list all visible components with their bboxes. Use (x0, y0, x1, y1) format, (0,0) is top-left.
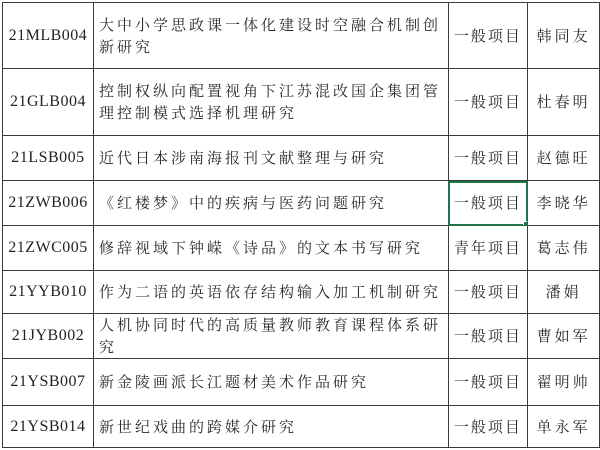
project-type: 青年项目 (454, 239, 522, 257)
project-code-cell[interactable]: 21YYB010 (3, 271, 94, 314)
project-table: 21MLB004 大中小学思政课一体化建设时空融合机制创新研究 一般项目 韩同友… (2, 2, 600, 448)
selected-cell[interactable]: 一般项目 (448, 181, 528, 226)
project-leader: 赵德旺 (537, 149, 591, 167)
table-row: 21ZWC005 修辞视域下钟嵘《诗品》的文本书写研究 青年项目 葛志伟 (3, 226, 600, 271)
project-leader: 杜春明 (537, 93, 591, 111)
project-type-cell[interactable]: 一般项目 (448, 359, 528, 406)
project-title-cell[interactable]: 近代日本涉南海报刊文献整理与研究 (93, 136, 448, 181)
project-title: 大中小学思政课一体化建设时空融合机制创新研究 (99, 14, 448, 58)
project-title: 控制权纵向配置视角下江苏混改国企集团管理控制模式选择机理研究 (99, 80, 448, 124)
project-type: 一般项目 (454, 27, 522, 45)
project-leader-cell[interactable]: 韩同友 (528, 3, 600, 69)
project-type-cell[interactable]: 一般项目 (448, 271, 528, 314)
project-code: 21JYB002 (12, 327, 84, 344)
project-leader-cell[interactable]: 赵德旺 (528, 136, 600, 181)
project-leader: 单永军 (537, 418, 591, 436)
table-row: 21JYB002 人机协同时代的高质量教师教育课程体系研究 一般项目 曹如军 (3, 314, 600, 359)
project-type: 一般项目 (454, 373, 522, 391)
fill-handle[interactable] (523, 221, 528, 226)
table-row: 21YYB010 作为二语的英语依存结构输入加工机制研究 一般项目 潘娟 (3, 271, 600, 314)
table-row: 21LSB005 近代日本涉南海报刊文献整理与研究 一般项目 赵德旺 (3, 136, 600, 181)
project-type: 一般项目 (454, 93, 522, 111)
project-title-cell[interactable]: 大中小学思政课一体化建设时空融合机制创新研究 (93, 3, 448, 69)
project-title: 人机协同时代的高质量教师教育课程体系研究 (99, 314, 448, 358)
project-code: 21GLB004 (10, 93, 86, 110)
project-title-cell[interactable]: 人机协同时代的高质量教师教育课程体系研究 (93, 314, 448, 359)
spreadsheet: 21MLB004 大中小学思政课一体化建设时空融合机制创新研究 一般项目 韩同友… (2, 2, 600, 448)
project-leader: 韩同友 (537, 27, 591, 45)
project-title-cell[interactable]: 修辞视域下钟嵘《诗品》的文本书写研究 (93, 226, 448, 271)
table-row: 21MLB004 大中小学思政课一体化建设时空融合机制创新研究 一般项目 韩同友 (3, 3, 600, 69)
project-leader: 李晓华 (537, 194, 591, 212)
project-code-cell[interactable]: 21MLB004 (3, 3, 94, 69)
project-code: 21LSB005 (11, 149, 84, 166)
project-type-cell[interactable]: 一般项目 (448, 406, 528, 448)
project-leader: 翟明帅 (537, 373, 591, 391)
project-type: 一般项目 (454, 283, 522, 301)
project-type: 一般项目 (454, 149, 522, 167)
project-leader-cell[interactable]: 翟明帅 (528, 359, 600, 406)
project-code-cell[interactable]: 21ZWC005 (3, 226, 94, 271)
project-title-cell[interactable]: 作为二语的英语依存结构输入加工机制研究 (93, 271, 448, 314)
project-type-cell[interactable]: 一般项目 (448, 69, 528, 136)
project-code: 21ZWB006 (8, 194, 88, 211)
table-row: 21YSB014 新世纪戏曲的跨媒介研究 一般项目 单永军 (3, 406, 600, 448)
project-leader-cell[interactable]: 潘娟 (528, 271, 600, 314)
project-title: 近代日本涉南海报刊文献整理与研究 (99, 147, 448, 169)
project-title: 作为二语的英语依存结构输入加工机制研究 (99, 281, 448, 303)
table-row: 21GLB004 控制权纵向配置视角下江苏混改国企集团管理控制模式选择机理研究 … (3, 69, 600, 136)
project-type: 一般项目 (454, 194, 522, 212)
project-code-cell[interactable]: 21LSB005 (3, 136, 94, 181)
project-leader-cell[interactable]: 李晓华 (528, 181, 600, 226)
project-type-cell[interactable]: 一般项目 (448, 3, 528, 69)
project-type: 一般项目 (454, 418, 522, 436)
table-row: 21YSB007 新金陵画派长江题材美术作品研究 一般项目 翟明帅 (3, 359, 600, 406)
project-leader-cell[interactable]: 曹如军 (528, 314, 600, 359)
project-code: 21ZWC005 (8, 239, 88, 256)
project-code: 21YSB007 (10, 373, 85, 390)
project-code-cell[interactable]: 21GLB004 (3, 69, 94, 136)
project-leader: 潘娟 (546, 283, 582, 301)
project-code-cell[interactable]: 21YSB007 (3, 359, 94, 406)
project-title-cell[interactable]: 新金陵画派长江题材美术作品研究 (93, 359, 448, 406)
project-title: 《红楼梦》中的疾病与医药问题研究 (99, 192, 448, 214)
project-leader-cell[interactable]: 杜春明 (528, 69, 600, 136)
project-code-cell[interactable]: 21ZWB006 (3, 181, 94, 226)
project-type-cell[interactable]: 一般项目 (448, 314, 528, 359)
project-code: 21YYB010 (9, 283, 87, 300)
project-type-cell[interactable]: 青年项目 (448, 226, 528, 271)
project-title-cell[interactable]: 新世纪戏曲的跨媒介研究 (93, 406, 448, 448)
project-code-cell[interactable]: 21JYB002 (3, 314, 94, 359)
project-leader-cell[interactable]: 葛志伟 (528, 226, 600, 271)
project-code: 21YSB014 (10, 418, 85, 435)
project-title: 新世纪戏曲的跨媒介研究 (99, 416, 448, 438)
project-code-cell[interactable]: 21YSB014 (3, 406, 94, 448)
project-leader: 葛志伟 (537, 239, 591, 257)
project-title-cell[interactable]: 控制权纵向配置视角下江苏混改国企集团管理控制模式选择机理研究 (93, 69, 448, 136)
project-type-cell[interactable]: 一般项目 (448, 136, 528, 181)
project-leader-cell[interactable]: 单永军 (528, 406, 600, 448)
project-leader: 曹如军 (537, 327, 591, 345)
project-title-cell[interactable]: 《红楼梦》中的疾病与医药问题研究 (93, 181, 448, 226)
project-title: 新金陵画派长江题材美术作品研究 (99, 371, 448, 393)
project-code: 21MLB004 (9, 27, 88, 44)
project-title: 修辞视域下钟嵘《诗品》的文本书写研究 (99, 237, 448, 259)
project-type: 一般项目 (454, 327, 522, 345)
table-row: 21ZWB006 《红楼梦》中的疾病与医药问题研究 一般项目 李晓华 (3, 181, 600, 226)
